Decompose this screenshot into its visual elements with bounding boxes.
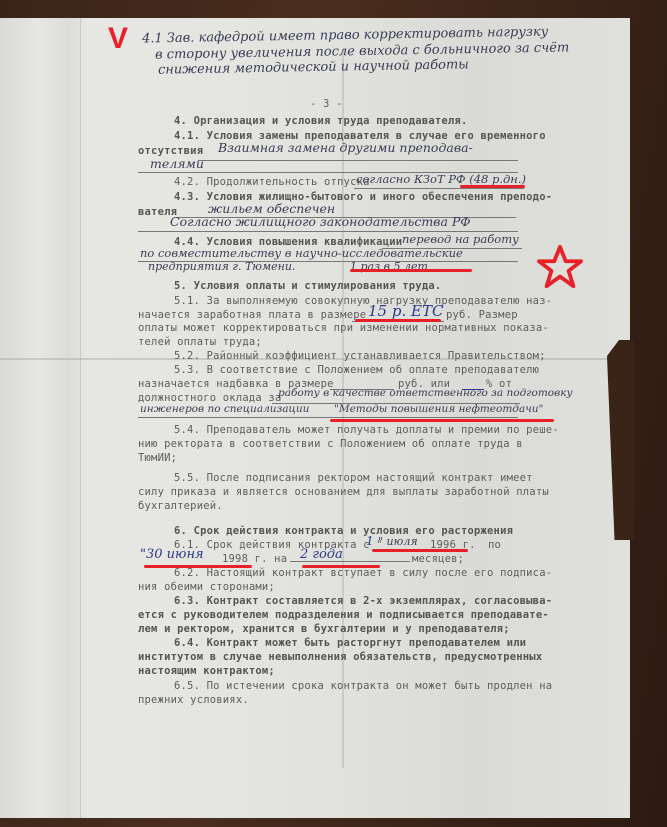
- clause-6-2-line: ния обеими сторонами;: [138, 581, 275, 593]
- fill-line: [290, 561, 410, 562]
- clause-6-1-po: по: [488, 539, 501, 551]
- fill-line: [354, 188, 524, 189]
- clause-6-3-line: лем и ректором, хранится в бухгалтерии и…: [138, 623, 510, 635]
- red-underline: [372, 549, 468, 552]
- clause-5-5-line: бухгалтерией.: [138, 500, 223, 512]
- handwritten-end-date: "30 июня: [140, 547, 204, 562]
- clause-6-3: 6.3. Контракт составляется в 2-х экземпл…: [174, 595, 552, 607]
- clause-6-2: 6.2. Настоящий контракт вступает в силу …: [174, 567, 552, 579]
- section-4-heading: 4. Организация и условия труда преподава…: [174, 115, 467, 127]
- red-underline: [460, 185, 525, 188]
- handwritten-day: 1: [366, 534, 374, 548]
- page-number: - 3 -: [310, 98, 343, 110]
- handwritten-amount: 15 р. ЕТС: [368, 302, 443, 320]
- red-underline: [330, 419, 554, 422]
- red-checkmark-icon: V: [108, 24, 128, 54]
- clause-5-1-line: телей оплаты труда;: [138, 336, 262, 348]
- clause-4-2: 4.2. Продолжительность отпуска: [174, 176, 370, 188]
- handwritten-entry: предприятия г. Тюмени.: [148, 260, 295, 273]
- clause-5-1-line: начается заработная плата в размере: [138, 309, 366, 321]
- clause-5-4: 5.4. Преподаватель может получать доплат…: [174, 424, 559, 436]
- clause-6-1-line: месяцев;: [412, 553, 464, 565]
- clause-5-1: 5.1. За выполняемую совокупную нагрузку …: [174, 295, 552, 307]
- section-5-heading: 5. Условия оплаты и стимулирования труда…: [174, 280, 441, 292]
- handwritten-entry: согласно КЗоТ РФ (48 р.дн.): [356, 172, 526, 186]
- clause-6-1-line: 1998 г. на: [222, 553, 287, 565]
- handwritten-entry: Согласно жилищного законодательства РФ: [170, 214, 471, 229]
- clause-5-1-line: оплаты может корректироваться при измене…: [138, 322, 549, 334]
- section-6-heading: 6. Срок действия контракта и условия его…: [174, 525, 513, 537]
- handwritten-duration: 2 года: [300, 547, 343, 562]
- handwritten-entry: перевод на работу: [402, 232, 519, 246]
- clause-6-3-line: ется с руководителем подразделения и под…: [138, 609, 549, 621]
- handwritten-entry: Взаимная замена другими преподава-: [218, 140, 473, 155]
- clause-6-4: 6.4. Контракт может быть расторгнут преп…: [174, 637, 526, 649]
- clause-5-5-line: силу приказа и является основанием для в…: [138, 486, 549, 498]
- handwritten-month: " июля: [378, 535, 418, 548]
- clause-5-3: 5.3. В соответствие с Положением об опла…: [174, 364, 539, 376]
- clause-5-4-line: ТюмИИ;: [138, 452, 177, 464]
- handwritten-entry: по совместительству в научно-исследовате…: [140, 246, 463, 260]
- clause-6-1: 6.1. Срок действия контракта с ": [174, 539, 383, 551]
- handwritten-entry: работу в качестве ответственного за подг…: [278, 387, 573, 399]
- handwritten-entry: инженеров по специализации: [140, 403, 309, 415]
- clause-6-5: 6.5. По истечении срока контракта он мож…: [174, 680, 552, 692]
- clause-5-5: 5.5. После подписания ректором настоящий…: [174, 472, 533, 484]
- fill-line: [138, 417, 518, 418]
- fill-line: [198, 160, 518, 161]
- clause-5-1-line: руб. Размер: [446, 309, 518, 321]
- handwritten-entry: телями: [150, 156, 204, 171]
- clause-6-4-line: институтом в случае невыполнения обязате…: [138, 651, 542, 663]
- handwritten-entry: "Методы повышения нефтеотдачи": [334, 403, 543, 415]
- clause-5-4-line: нию ректората в соответствии с Положение…: [138, 438, 523, 450]
- red-star-icon: [536, 244, 584, 290]
- clause-6-5-line: прежних условиях.: [138, 694, 249, 706]
- clause-5-2: 5.2. Районный коэффициент устанавливаетс…: [174, 350, 546, 362]
- red-underline: [350, 269, 472, 272]
- clause-6-4-line: настоящим контрактом;: [138, 665, 275, 677]
